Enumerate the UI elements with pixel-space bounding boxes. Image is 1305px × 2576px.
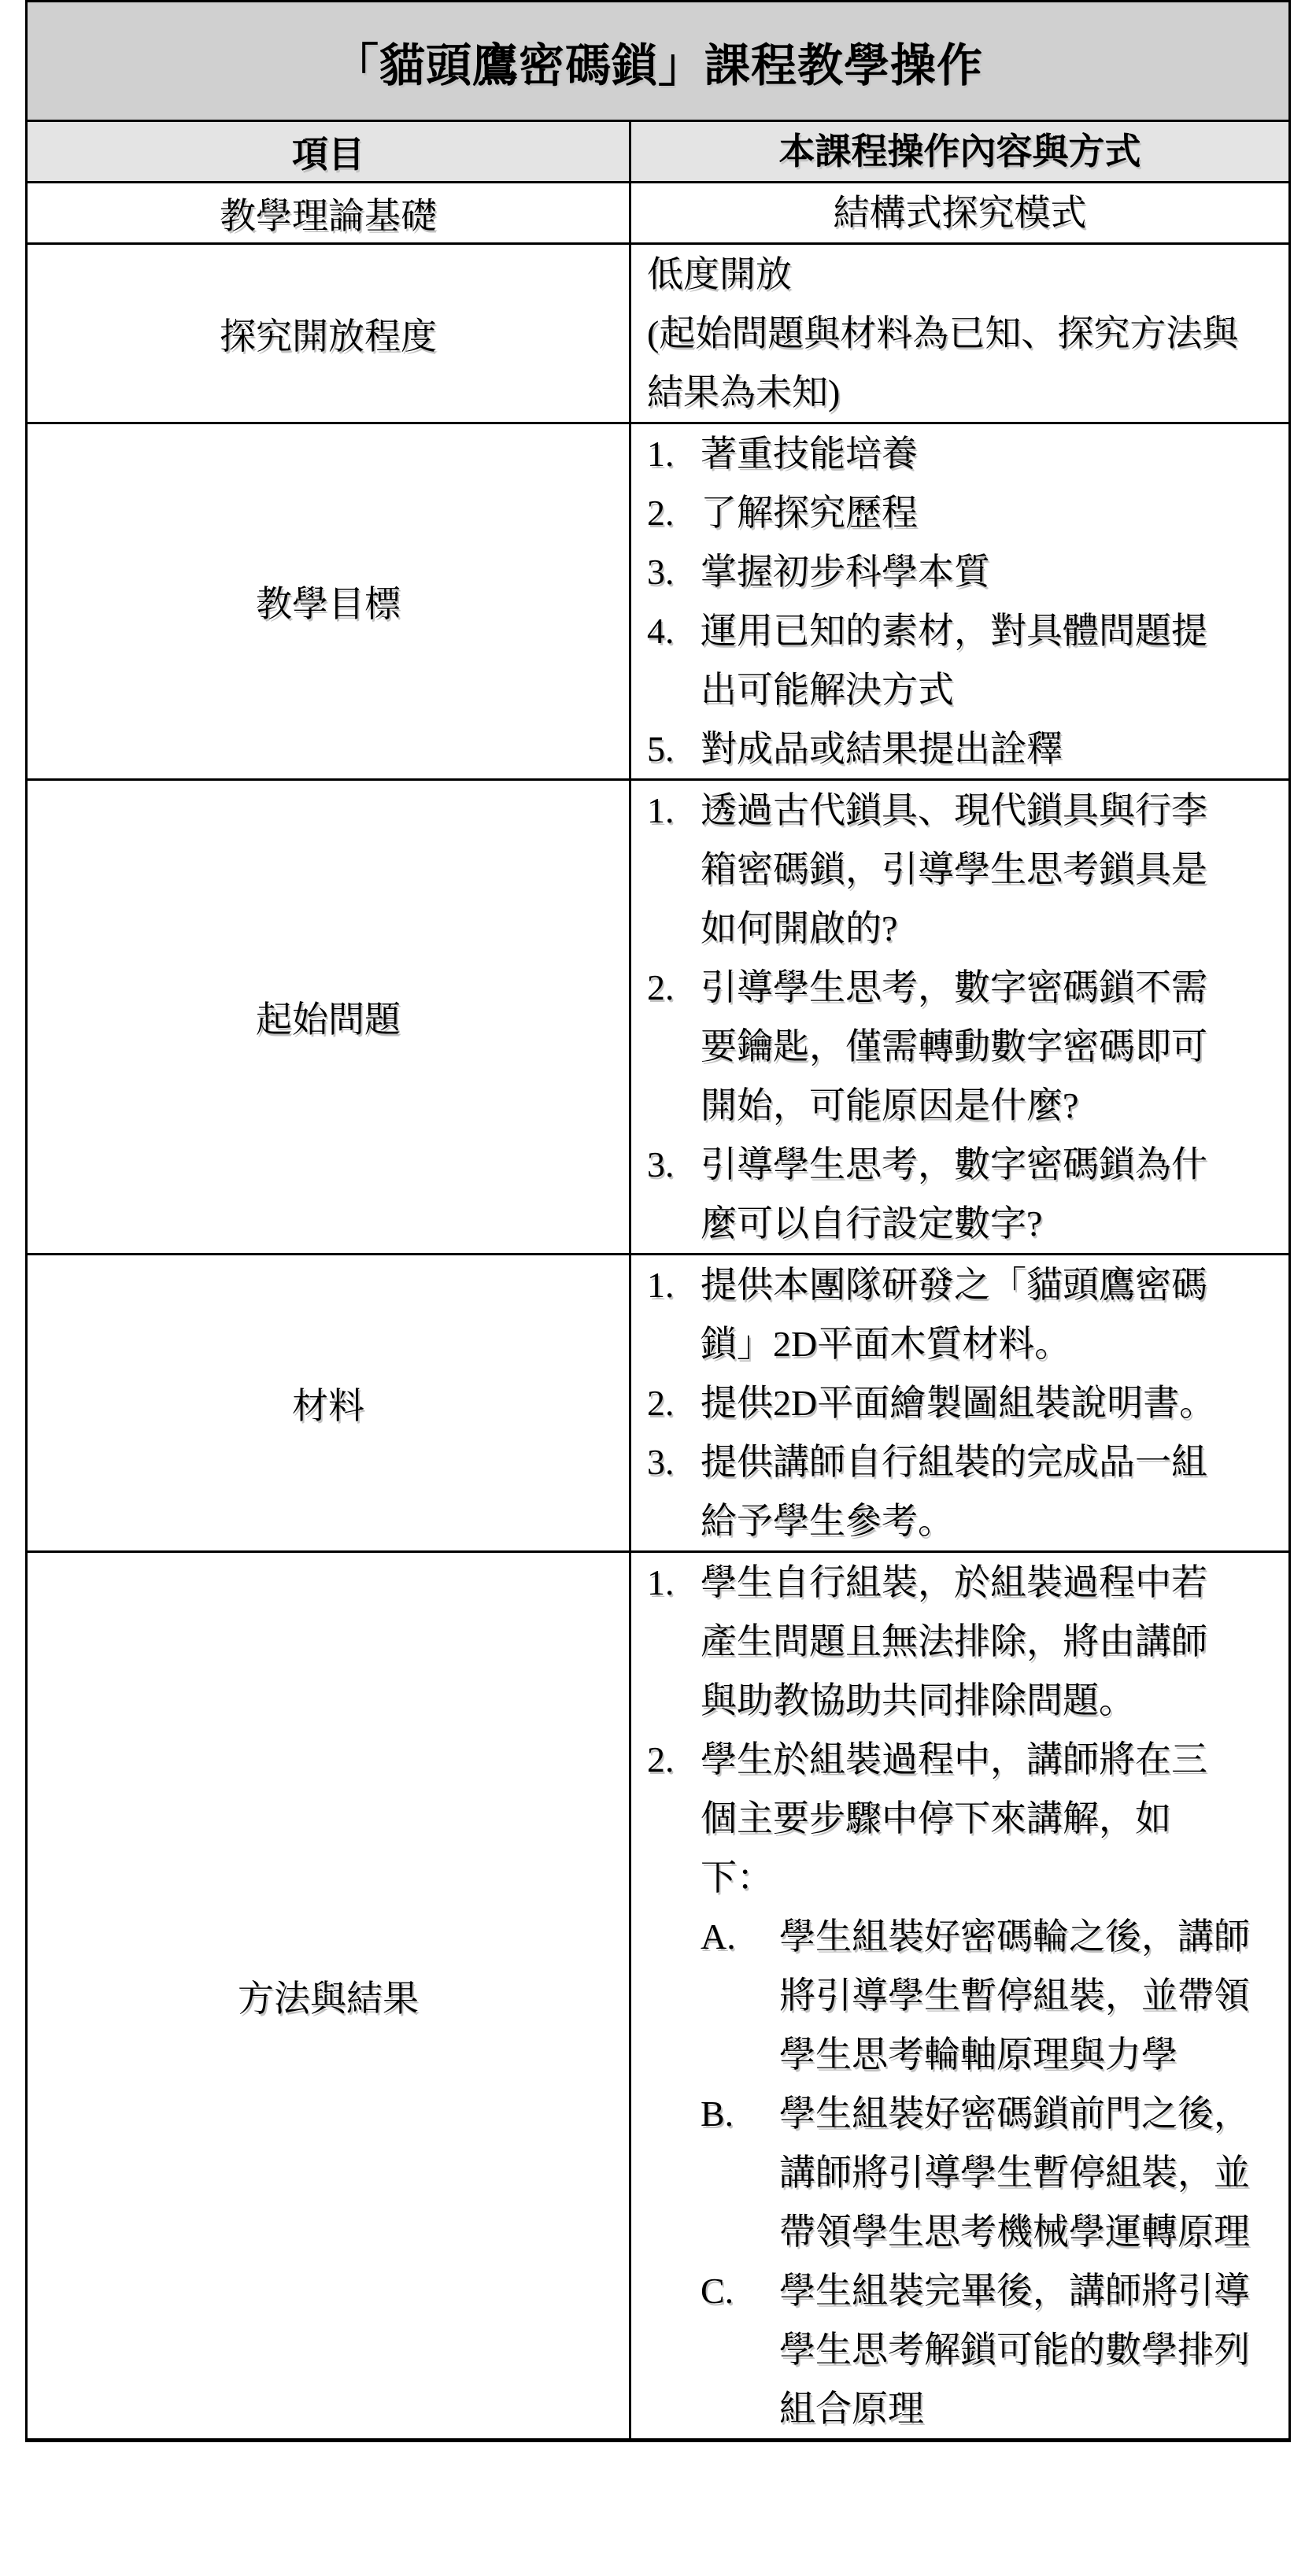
list-marker: 2. (647, 1373, 701, 1432)
list-marker: A. (701, 1907, 779, 2084)
table-row: 材料1.提供本團隊研發之「貓頭鷹密碼鎖」2D平面木質材料。2.提供2D平面繪製圖… (28, 1253, 1288, 1550)
list-marker: B. (701, 2084, 779, 2261)
list-subitem: A.學生組裝好密碼輪之後，講師將引導學生暫停組裝，並帶領學生思考輪軸原理與力學 (701, 1907, 1282, 2084)
row-label: 教學理論基礎 (220, 187, 437, 239)
row-label-cell: 教學目標 (28, 424, 631, 778)
row-label-cell: 起始問題 (28, 781, 631, 1253)
list-item-text: 運用已知的素材，對具體問題提出可能解決方式 (701, 601, 1282, 719)
row-label-cell: 探究開放程度 (28, 245, 631, 422)
row-content-cell: 1.著重技能培養2.了解探究歷程3.掌握初步科學本質4.運用已知的素材，對具體問… (631, 424, 1288, 778)
list-item-text: 掌握初步科學本質 (701, 542, 1282, 601)
row-label: 方法與結果 (238, 1970, 419, 2022)
list-subitem: C.學生組裝完畢後，講師將引導學生思考解鎖可能的數學排列組合原理 (701, 2261, 1282, 2438)
list-marker: 5. (647, 719, 701, 778)
row-label: 材料 (292, 1377, 364, 1429)
paragraph: (起始問題與材料為已知、探究方法與結果為未知) (647, 304, 1282, 422)
row-label: 起始問題 (256, 991, 401, 1043)
list-marker: 2. (647, 483, 701, 542)
list-marker: 2. (647, 1730, 701, 1907)
list-marker: 1. (647, 781, 701, 958)
table-row: 方法與結果1.學生自行組裝，於組裝過程中若產生問題且無法排除，將由講師與助教協助… (28, 1550, 1288, 2438)
list-item: 1.學生自行組裝，於組裝過程中若產生問題且無法排除，將由講師與助教協助共同排除問… (647, 1553, 1282, 1730)
list-marker: 2. (647, 958, 701, 1135)
list-subitem: B.學生組裝好密碼鎖前門之後，講師將引導學生暫停組裝，並帶領學生思考機械學運轉原… (701, 2084, 1282, 2261)
header-cell-item: 項目 (28, 122, 631, 181)
table-row: 探究開放程度低度開放(起始問題與材料為已知、探究方法與結果為未知) (28, 242, 1288, 422)
list-marker: C. (701, 2261, 779, 2438)
table-row: 教學目標1.著重技能培養2.了解探究歷程3.掌握初步科學本質4.運用已知的素材，… (28, 422, 1288, 778)
list-marker: 3. (647, 1432, 701, 1550)
course-table: 「貓頭鷹密碼鎖」課程教學操作 項目 本課程操作內容與方式 教學理論基礎結構式探究… (25, 0, 1291, 2442)
list-item-text: 學生自行組裝，於組裝過程中若產生問題且無法排除，將由講師與助教協助共同排除問題。 (701, 1553, 1282, 1730)
list-marker: 3. (647, 542, 701, 601)
list-item-text: 提供本團隊研發之「貓頭鷹密碼鎖」2D平面木質材料。 (701, 1255, 1282, 1373)
list-item-text: 學生組裝完畢後，講師將引導學生思考解鎖可能的數學排列組合原理 (779, 2261, 1282, 2438)
list-item-text: 學生於組裝過程中，講師將在三個主要步驟中停下來講解，如下： (701, 1730, 1282, 1907)
list-item: 2.提供2D平面繪製圖組裝說明書。 (647, 1373, 1282, 1432)
list-item: 5.對成品或結果提出詮釋 (647, 719, 1282, 778)
row-label-cell: 方法與結果 (28, 1553, 631, 2438)
list-item: 4.運用已知的素材，對具體問題提出可能解決方式 (647, 601, 1282, 719)
document-page: 「貓頭鷹密碼鎖」課程教學操作 項目 本課程操作內容與方式 教學理論基礎結構式探究… (0, 0, 1305, 2576)
list-item-text: 提供2D平面繪製圖組裝說明書。 (701, 1373, 1282, 1432)
list-item-text: 學生組裝好密碼鎖前門之後，講師將引導學生暫停組裝，並帶領學生思考機械學運轉原理 (779, 2084, 1282, 2261)
list-item-text: 著重技能培養 (701, 424, 1282, 483)
row-content-text: 結構式探究模式 (834, 183, 1087, 242)
paragraph: 低度開放 (647, 245, 1282, 304)
list-marker: 4. (647, 601, 701, 719)
list-item-text: 對成品或結果提出詮釋 (701, 719, 1282, 778)
list-marker: 1. (647, 1553, 701, 1730)
header-content-label: 本課程操作內容與方式 (779, 122, 1141, 181)
row-label-cell: 材料 (28, 1255, 631, 1550)
row-label: 探究開放程度 (220, 308, 437, 360)
list-item: 2.學生於組裝過程中，講師將在三個主要步驟中停下來講解，如下： (647, 1730, 1282, 1907)
list-item: 1.透過古代鎖具、現代鎖具與行李箱密碼鎖，引導學生思考鎖具是如何開啟的? (647, 781, 1282, 958)
list-item-text: 引導學生思考，數字密碼鎖為什麼可以自行設定數字? (701, 1135, 1282, 1253)
table-header-row: 項目 本課程操作內容與方式 (28, 120, 1288, 181)
list-item: 3.提供講師自行組裝的完成品一組給予學生參考。 (647, 1432, 1282, 1550)
list-marker: 1. (647, 1255, 701, 1373)
list-item-text: 了解探究歷程 (701, 483, 1282, 542)
list-item-text: 學生組裝好密碼輪之後，講師將引導學生暫停組裝，並帶領學生思考輪軸原理與力學 (779, 1907, 1282, 2084)
row-content-cell: 低度開放(起始問題與材料為已知、探究方法與結果為未知) (631, 245, 1288, 422)
table-row: 教學理論基礎結構式探究模式 (28, 181, 1288, 242)
row-label: 教學目標 (256, 575, 401, 627)
row-content-cell: 1.提供本團隊研發之「貓頭鷹密碼鎖」2D平面木質材料。2.提供2D平面繪製圖組裝… (631, 1255, 1288, 1550)
list-item-text: 引導學生思考，數字密碼鎖不需要鑰匙，僅需轉動數字密碼即可開始，可能原因是什麼? (701, 958, 1282, 1135)
list-item-text: 提供講師自行組裝的完成品一組給予學生參考。 (701, 1432, 1282, 1550)
list-item: 2.引導學生思考，數字密碼鎖不需要鑰匙，僅需轉動數字密碼即可開始，可能原因是什麼… (647, 958, 1282, 1135)
list-item: 3.掌握初步科學本質 (647, 542, 1282, 601)
list-item: 3.引導學生思考，數字密碼鎖為什麼可以自行設定數字? (647, 1135, 1282, 1253)
header-cell-content: 本課程操作內容與方式 (631, 122, 1288, 181)
row-content-cell: 1.透過古代鎖具、現代鎖具與行李箱密碼鎖，引導學生思考鎖具是如何開啟的?2.引導… (631, 781, 1288, 1253)
header-item-label: 項目 (292, 126, 364, 178)
list-item-text: 透過古代鎖具、現代鎖具與行李箱密碼鎖，引導學生思考鎖具是如何開啟的? (701, 781, 1282, 958)
table-body: 教學理論基礎結構式探究模式探究開放程度低度開放(起始問題與材料為已知、探究方法與… (28, 181, 1288, 2438)
list-marker: 3. (647, 1135, 701, 1253)
list-marker: 1. (647, 424, 701, 483)
row-label-cell: 教學理論基礎 (28, 183, 631, 242)
list-item: 1.提供本團隊研發之「貓頭鷹密碼鎖」2D平面木質材料。 (647, 1255, 1282, 1373)
list-item: 1.著重技能培養 (647, 424, 1282, 483)
table-title-row: 「貓頭鷹密碼鎖」課程教學操作 (28, 2, 1288, 120)
table-row: 起始問題1.透過古代鎖具、現代鎖具與行李箱密碼鎖，引導學生思考鎖具是如何開啟的?… (28, 778, 1288, 1253)
table-title: 「貓頭鷹密碼鎖」課程教學操作 (333, 28, 983, 94)
row-content-cell: 結構式探究模式 (631, 183, 1288, 242)
row-content-cell: 1.學生自行組裝，於組裝過程中若產生問題且無法排除，將由講師與助教協助共同排除問… (631, 1553, 1288, 2438)
list-item: 2.了解探究歷程 (647, 483, 1282, 542)
